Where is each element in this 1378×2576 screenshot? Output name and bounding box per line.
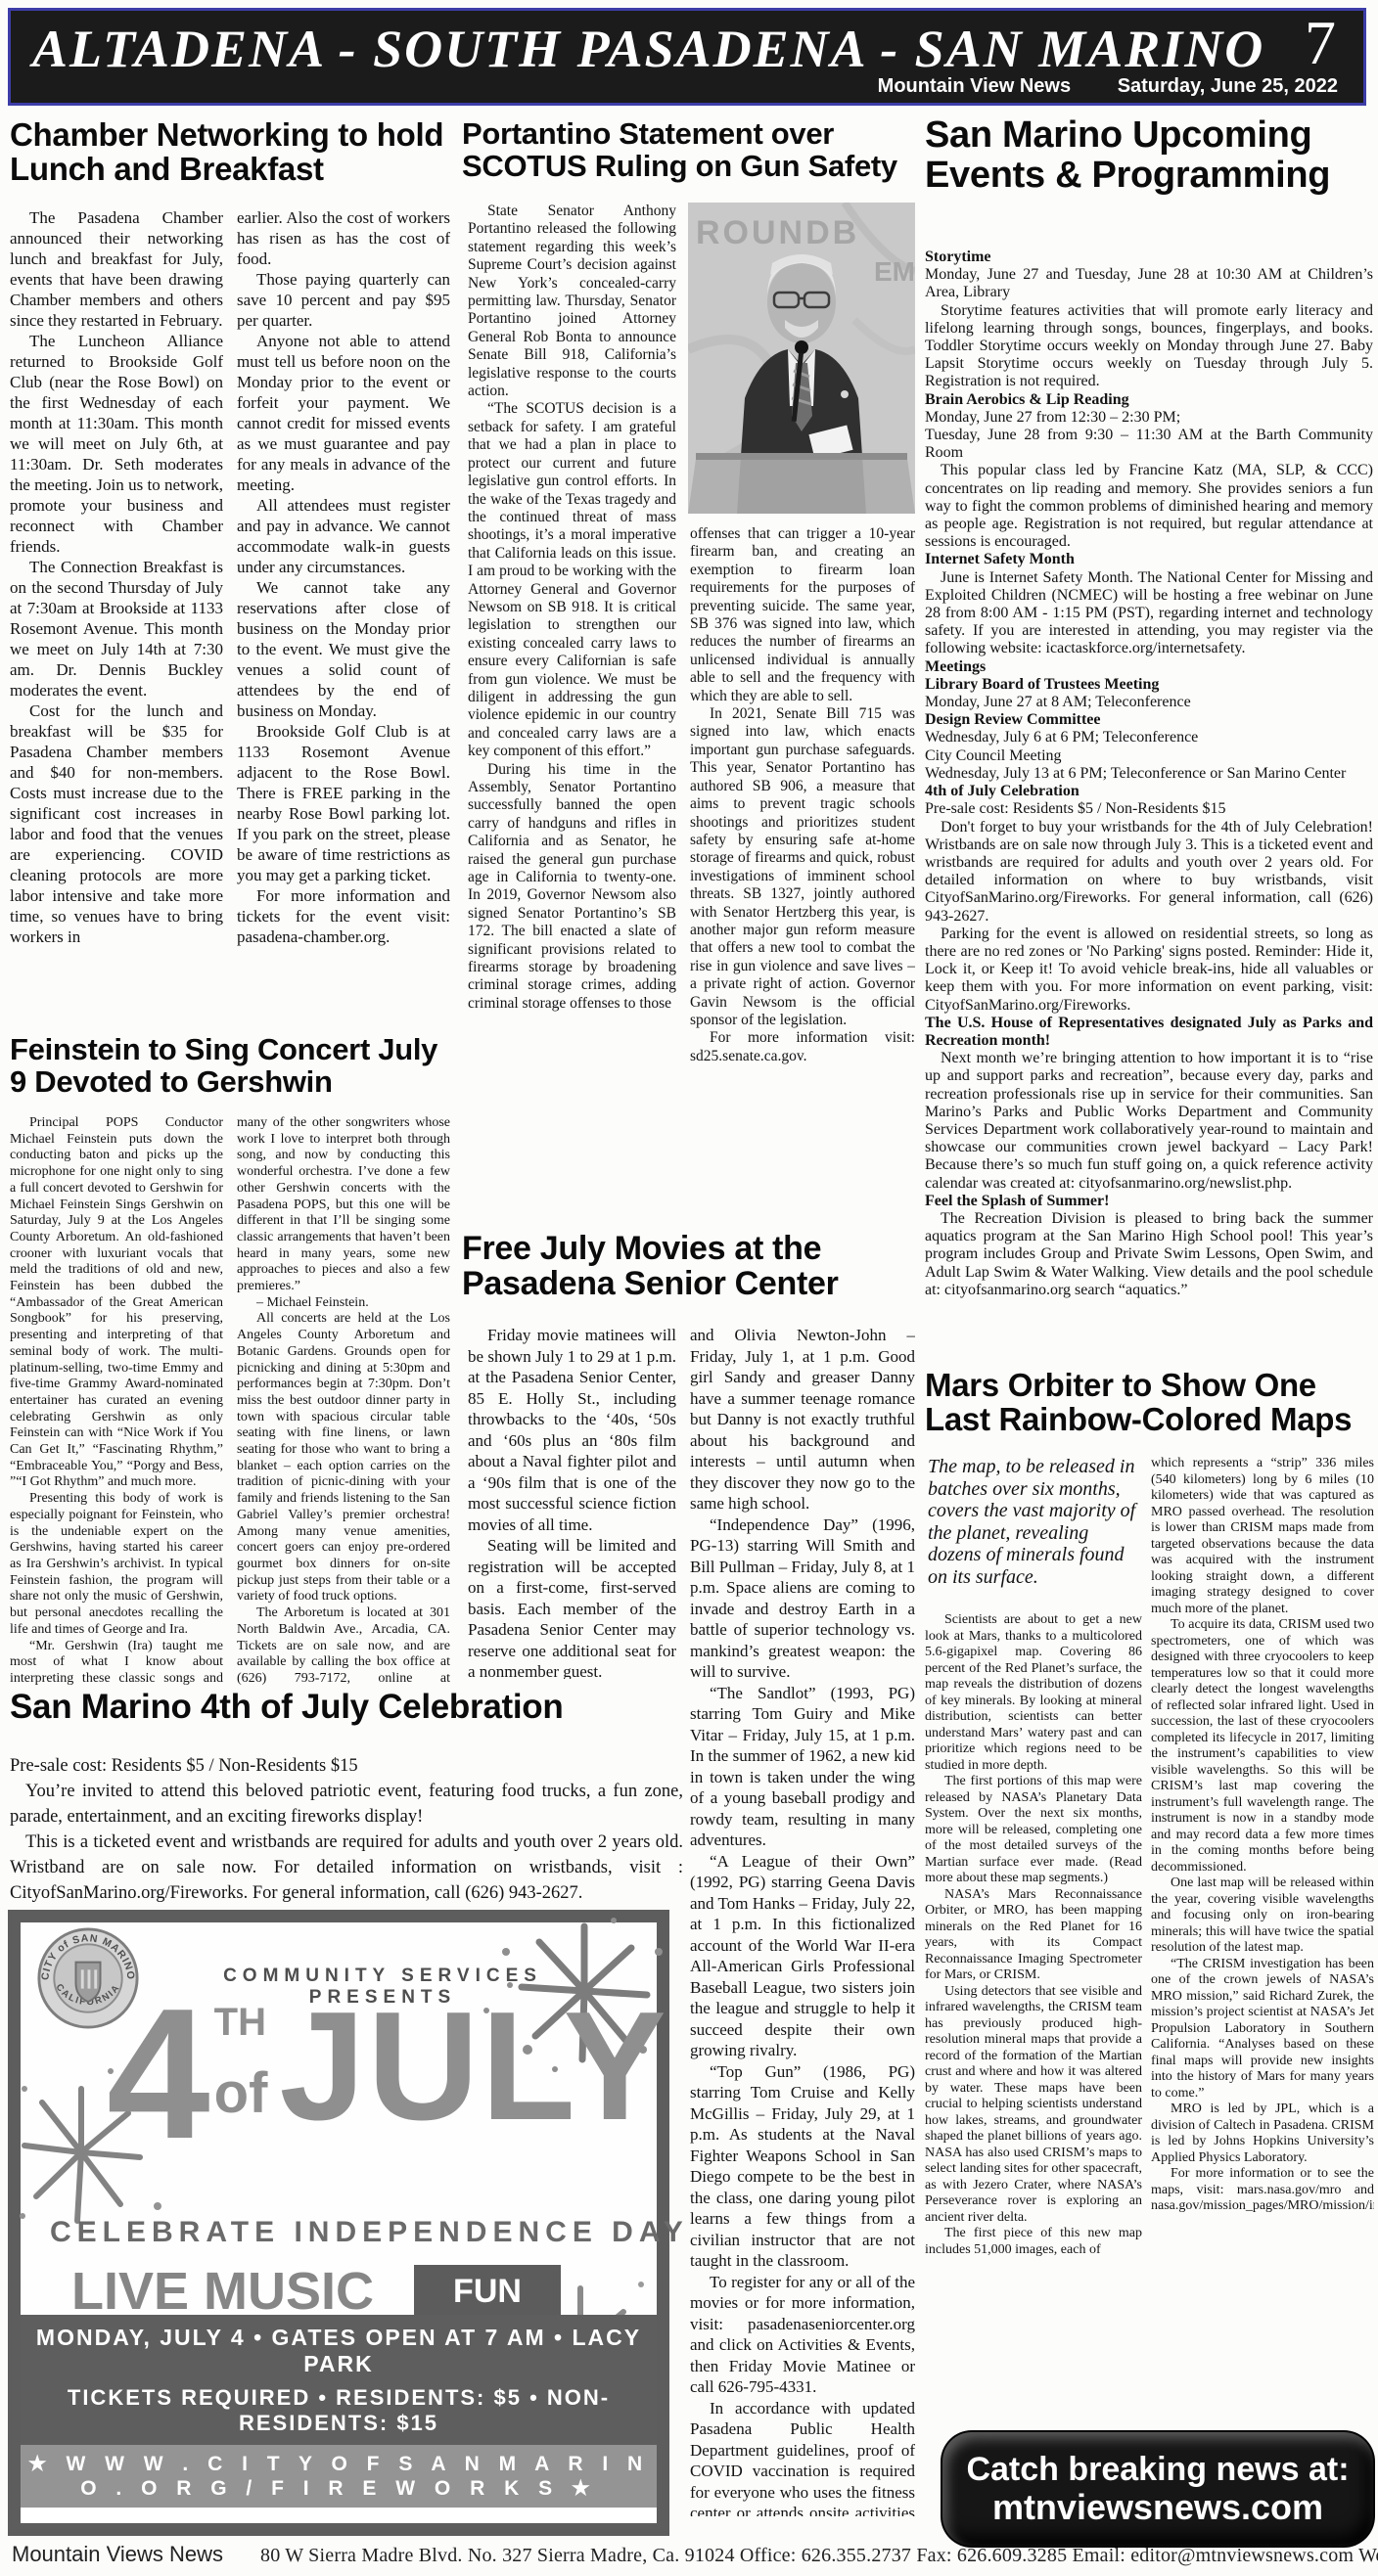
paragraph: The Pasadena Chamber announced their net…: [10, 207, 223, 331]
poster-big-4: 4: [107, 1993, 210, 2156]
section-heading: Library Board of Trustees Meeting: [925, 676, 1373, 694]
paragraph: Monday, June 27 from 12:30 – 2:30 PM;: [925, 409, 1373, 427]
paragraph: earlier. Also the cost of workers has ri…: [237, 207, 450, 269]
paragraph: Storytime features activities that will …: [925, 302, 1373, 391]
photo-backdrop-text-1: ROUNDB: [696, 214, 859, 251]
paragraph: All attendees must register and pay in a…: [237, 495, 450, 577]
paragraph: June is Internet Safety Month. The Natio…: [925, 569, 1373, 658]
paragraph: Anyone not able to attend must tell us b…: [237, 331, 450, 495]
paragraph: City Council Meeting: [925, 747, 1373, 765]
paragraph: “The SCOTUS decision is a setback for sa…: [468, 400, 676, 760]
events-body: StorytimeMonday, June 27 and Tuesday, Ju…: [925, 249, 1373, 1366]
paragraph: Seating will be limited and registration…: [468, 1535, 676, 1679]
paragraph: Don't forget to buy your wristbands for …: [925, 819, 1373, 926]
poster-4th-of-july: 4 TH of JULY: [107, 1993, 668, 2156]
poster-celebrate-line: CELEBRATE INDEPENDENCE DAY: [50, 2216, 598, 2249]
poster-when-line: MONDAY, JULY 4 • GATES OPEN AT 7 AM • LA…: [21, 2325, 657, 2377]
paragraph: One last map will be released within the…: [1151, 1876, 1374, 1957]
paragraph: Wednesday, July 13 at 6 PM; Teleconferen…: [925, 765, 1373, 783]
section-heading: Design Review Committee: [925, 711, 1373, 729]
masthead-page-number: 7: [1305, 7, 1336, 79]
poster-live-music: LIVE MUSIC: [71, 2263, 394, 2320]
poster-july: JULY: [279, 1993, 667, 2140]
paragraph: Tuesday, June 28 from 9:30 – 11:30 AM at…: [925, 427, 1373, 462]
section-heading: Feel the Splash of Summer!: [925, 1193, 1373, 1210]
paragraph: Friday movie matinees will be shown July…: [468, 1325, 676, 1535]
paragraph: “Top Gun” (1986, PG) starring Tom Cruise…: [690, 2061, 915, 2272]
paragraph: NASA’s Mars Reconnaissance Orbiter, or M…: [925, 1887, 1142, 1984]
footer-contact-info: 80 W Sierra Madre Blvd. No. 327 Sierra M…: [260, 2545, 1378, 2567]
paragraph: many of the other songwriters whose work…: [237, 1115, 450, 1295]
paragraph: This popular class led by Francine Katz …: [925, 462, 1373, 551]
movies-column-1: Friday movie matinees will be shown July…: [468, 1325, 676, 1679]
paragraph: Using detectors that see visible and inf…: [925, 1984, 1142, 2227]
page-footer: Mountain Views News 80 W Sierra Madre Bl…: [12, 2542, 1372, 2567]
paragraph: The Recreation Division is pleased to br…: [925, 1210, 1373, 1299]
paragraph: State Senator Anthony Portantino release…: [468, 203, 676, 400]
paragraph: MRO is led by JPL, which is a division o…: [1151, 2101, 1374, 2166]
poster-fun: FUN: [418, 2273, 557, 2310]
paragraph: Principal POPS Conductor Michael Feinste…: [10, 1115, 223, 1491]
paragraph: This is a ticketed event and wristbands …: [10, 1830, 683, 1906]
paragraph: and Olivia Newton-John – Friday, July 1,…: [690, 1325, 915, 1514]
paragraph: All concerts are held at the Los Angeles…: [237, 1311, 450, 1605]
paragraph: The Connection Breakfast is on the secon…: [10, 557, 223, 700]
photo-backdrop-text-2: EM: [874, 256, 915, 287]
paragraph: offenses that can trigger a 10-year fire…: [690, 525, 915, 705]
paragraph: “A League of their Own” (1992, PG) starr…: [690, 1851, 915, 2061]
paragraph: Presenting this body of work is especial…: [10, 1491, 223, 1638]
paragraph: Monday, June 27 and Tuesday, June 28 at …: [925, 266, 1373, 301]
events-headline: San Marino Upcoming Events & Programming: [925, 115, 1375, 195]
banner-line-2: mtnviewsnews.com: [992, 2488, 1323, 2527]
paragraph: Those paying quarterly can save 10 perce…: [237, 269, 450, 331]
footer-paper-name: Mountain Views News: [12, 2542, 223, 2567]
paragraph: Wednesday, July 6 at 6 PM; Teleconferenc…: [925, 729, 1373, 746]
newspaper-page: ALTADENA - SOUTH PASADENA - SAN MARINO 7…: [0, 0, 1378, 2576]
mars-column-2: which represents a “strip” 336 miles (54…: [1151, 1456, 1374, 2419]
section-heading: 4th of July Celebration: [925, 783, 1373, 800]
chamber-column-1: The Pasadena Chamber announced their net…: [10, 207, 223, 1032]
paragraph: In accordance with updated Pasadena Publ…: [690, 2398, 915, 2517]
paragraph: Brookside Golf Club is at 1133 Rosemont …: [237, 721, 450, 885]
portantino-column-1: State Senator Anthony Portantino release…: [468, 203, 676, 1213]
poster-url-line: ★ W W W . C I T Y O F S A N M A R I N O …: [21, 2445, 657, 2508]
movies-headline: Free July Movies at the Pasadena Senior …: [462, 1231, 918, 1302]
sm4th-headline: San Marino 4th of July Celebration: [10, 1689, 695, 1725]
feinstein-headline: Feinstein to Sing Concert July 9 Devoted…: [10, 1033, 452, 1098]
mars-column-1: Scientists are about to get a new look a…: [925, 1612, 1142, 2415]
section-heading: Meetings: [925, 658, 1373, 676]
section-heading: Brain Aerobics & Lip Reading: [925, 391, 1373, 409]
paragraph: “Mr. Gershwin (Ira) taught me most of wh…: [10, 1639, 223, 1686]
mars-headline: Mars Orbiter to Show One Last Rainbow-Co…: [925, 1368, 1375, 1437]
paragraph: During his time in the Assembly, Senator…: [468, 761, 676, 1014]
paragraph: – Michael Feinstein.: [237, 1295, 450, 1312]
masthead-region-title: ALTADENA - SOUTH PASADENA - SAN MARINO: [32, 19, 1264, 79]
paragraph: Scientists are about to get a new look a…: [925, 1612, 1142, 1774]
poster-of: of: [214, 2065, 268, 2122]
masthead-paper-name: Mountain View News: [878, 75, 1071, 97]
paragraph: Pre-sale cost: Residents $5 / Non-Reside…: [925, 800, 1373, 818]
paragraph: The Arboretum is located at 301 North Ba…: [237, 1605, 450, 1685]
paragraph: “The CRISM investigation has been one of…: [1151, 1957, 1374, 2102]
paragraph: To register for any or all of the movies…: [690, 2272, 915, 2398]
poster-bottom-bands: MONDAY, JULY 4 • GATES OPEN AT 7 AM • LA…: [21, 2315, 657, 2523]
section-heading: The U.S. House of Representatives design…: [925, 1015, 1373, 1050]
paragraph: Parking for the event is allowed on resi…: [925, 926, 1373, 1015]
poster-th: TH: [214, 2003, 268, 2042]
movies-column-2: and Olivia Newton-John – Friday, July 1,…: [690, 1325, 915, 2516]
feinstein-column-1: Principal POPS Conductor Michael Feinste…: [10, 1115, 223, 1685]
paragraph: In 2021, Senate Bill 715 was signed into…: [690, 705, 915, 1029]
july4-poster-inner: CITY of SAN MARINO CALIFORNIA COMMUNITY …: [21, 1922, 657, 2523]
paragraph: For more information visit: sd25.senate.…: [690, 1029, 915, 1065]
paragraph: You’re invited to attend this beloved pa…: [10, 1779, 683, 1830]
paragraph: The Luncheon Alliance returned to Brooks…: [10, 331, 223, 557]
breaking-news-banner: Catch breaking news at: mtnviewsnews.com: [942, 2432, 1373, 2546]
paragraph: “Independence Day” (1996, PG-13) starrin…: [690, 1514, 915, 1683]
masthead-date: Saturday, June 25, 2022: [1118, 75, 1338, 97]
masthead-subline: Mountain View News Saturday, June 25, 20…: [837, 75, 1338, 98]
paragraph: which represents a “strip” 336 miles (54…: [1151, 1456, 1374, 1617]
paragraph: Monday, June 27 at 8 AM; Teleconference: [925, 694, 1373, 711]
paragraph: The first portions of this map were rele…: [925, 1774, 1142, 1887]
chamber-headline: Chamber Networking to hold Lunch and Bre…: [10, 117, 452, 187]
sm4th-intro: Pre-sale cost: Residents $5 / Non-Reside…: [10, 1753, 683, 1906]
paragraph: For more information and tickets for the…: [237, 885, 450, 947]
paragraph: To acquire its data, CRISM used two spec…: [1151, 1617, 1374, 1876]
paragraph: For more information or to see the maps,…: [1151, 2166, 1374, 2215]
paragraph: Pre-sale cost: Residents $5 / Non-Reside…: [10, 1753, 683, 1779]
paragraph: Cost for the lunch and breakfast will be…: [10, 700, 223, 947]
feinstein-column-2: many of the other songwriters whose work…: [237, 1115, 450, 1685]
portantino-photo: ROUNDB EM: [688, 203, 915, 514]
section-heading: Storytime: [925, 249, 1373, 266]
portantino-photo-illustration: ROUNDB EM: [688, 203, 915, 514]
chamber-column-2: earlier. Also the cost of workers has ri…: [237, 207, 450, 1032]
paragraph: We cannot take any reservations after cl…: [237, 577, 450, 721]
portantino-column-2: offenses that can trigger a 10-year fire…: [690, 525, 915, 1210]
poster-tickets-line: TICKETS REQUIRED • RESIDENTS: $5 • NON-R…: [21, 2385, 657, 2436]
section-heading: Internet Safety Month: [925, 551, 1373, 568]
portantino-headline: Portantino Statement over SCOTUS Ruling …: [462, 117, 918, 182]
mars-lede: The map, to be released in batches over …: [928, 1456, 1141, 1604]
paragraph: Next month we’re bringing attention to h…: [925, 1050, 1373, 1193]
masthead: ALTADENA - SOUTH PASADENA - SAN MARINO 7…: [8, 8, 1366, 106]
july4-poster: CITY of SAN MARINO CALIFORNIA COMMUNITY …: [8, 1910, 669, 2536]
paragraph: “The Sandlot” (1993, PG) starring Tom Gu…: [690, 1683, 915, 1851]
paragraph: The first piece of this new map includes…: [925, 2226, 1142, 2258]
banner-line-1: Catch breaking news at:: [966, 2451, 1349, 2488]
